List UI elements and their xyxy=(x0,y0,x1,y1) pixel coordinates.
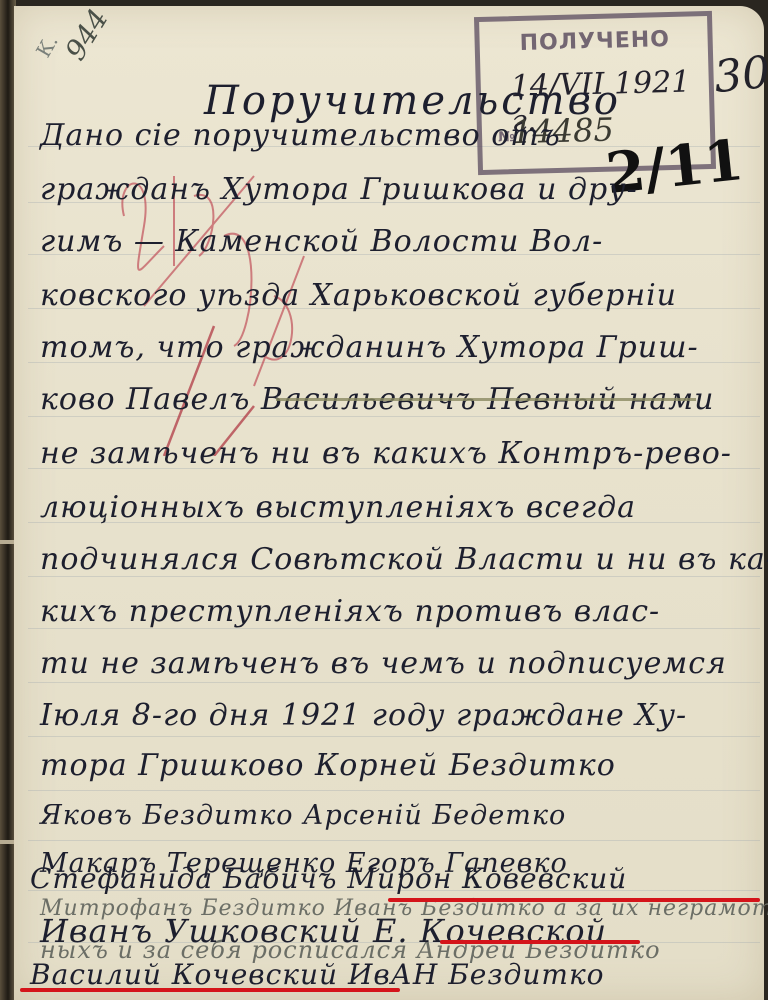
name-underline-wavy xyxy=(276,390,696,401)
body-line: кихъ преступленіяхъ противъ влас- xyxy=(40,594,660,629)
archive-number-mark: 944 xyxy=(59,3,115,66)
red-underline xyxy=(20,988,400,992)
red-underline xyxy=(440,940,640,944)
body-line: не замѣченъ ни въ какихъ Контръ-рево- xyxy=(40,436,732,471)
document-page: К. 944 ПОЛУЧЕНО 14/VII 1921 г. № 14485 3… xyxy=(14,6,764,1000)
folio-number: 303 xyxy=(712,44,768,103)
body-line: ковского уѣзда Харьковской губерніи xyxy=(40,278,677,313)
body-line: гражданъ Хутора Гришкова и дру- xyxy=(40,172,638,207)
body-line: ти не замѣченъ въ чемъ и подписуемся xyxy=(40,646,727,681)
body-line: тора Гришково Корней Бездитко xyxy=(40,748,616,783)
body-line: томъ, что гражданинъ Хутора Гриш- xyxy=(40,330,699,365)
body-line: Іюля 8-го дня 1921 году граждане Ху- xyxy=(40,698,687,733)
archive-prefix-mark: К. xyxy=(31,31,63,62)
signature-line: Василий Кочевский ИвАН Бездитко xyxy=(30,958,605,991)
red-underline xyxy=(388,898,760,902)
body-line: люціонныхъ выступленіяхъ всегда xyxy=(40,490,636,525)
signature-line: Стефанида Бабичъ Мирон Ковевский xyxy=(30,862,627,895)
stamp-header: ПОЛУЧЕНО xyxy=(519,27,670,56)
signature-line: Яковъ Бездитко Арсеній Бедетко xyxy=(40,800,566,831)
body-line: подчинялся Совѣтской Власти и ни въ ка- xyxy=(40,542,768,577)
body-line: Дано сіе поручительство отъ xyxy=(40,118,561,153)
signature-line: Иванъ Ушковский Е. Кочевской xyxy=(40,912,607,950)
body-line: гимъ — Каменской Волости Вол- xyxy=(40,224,603,259)
